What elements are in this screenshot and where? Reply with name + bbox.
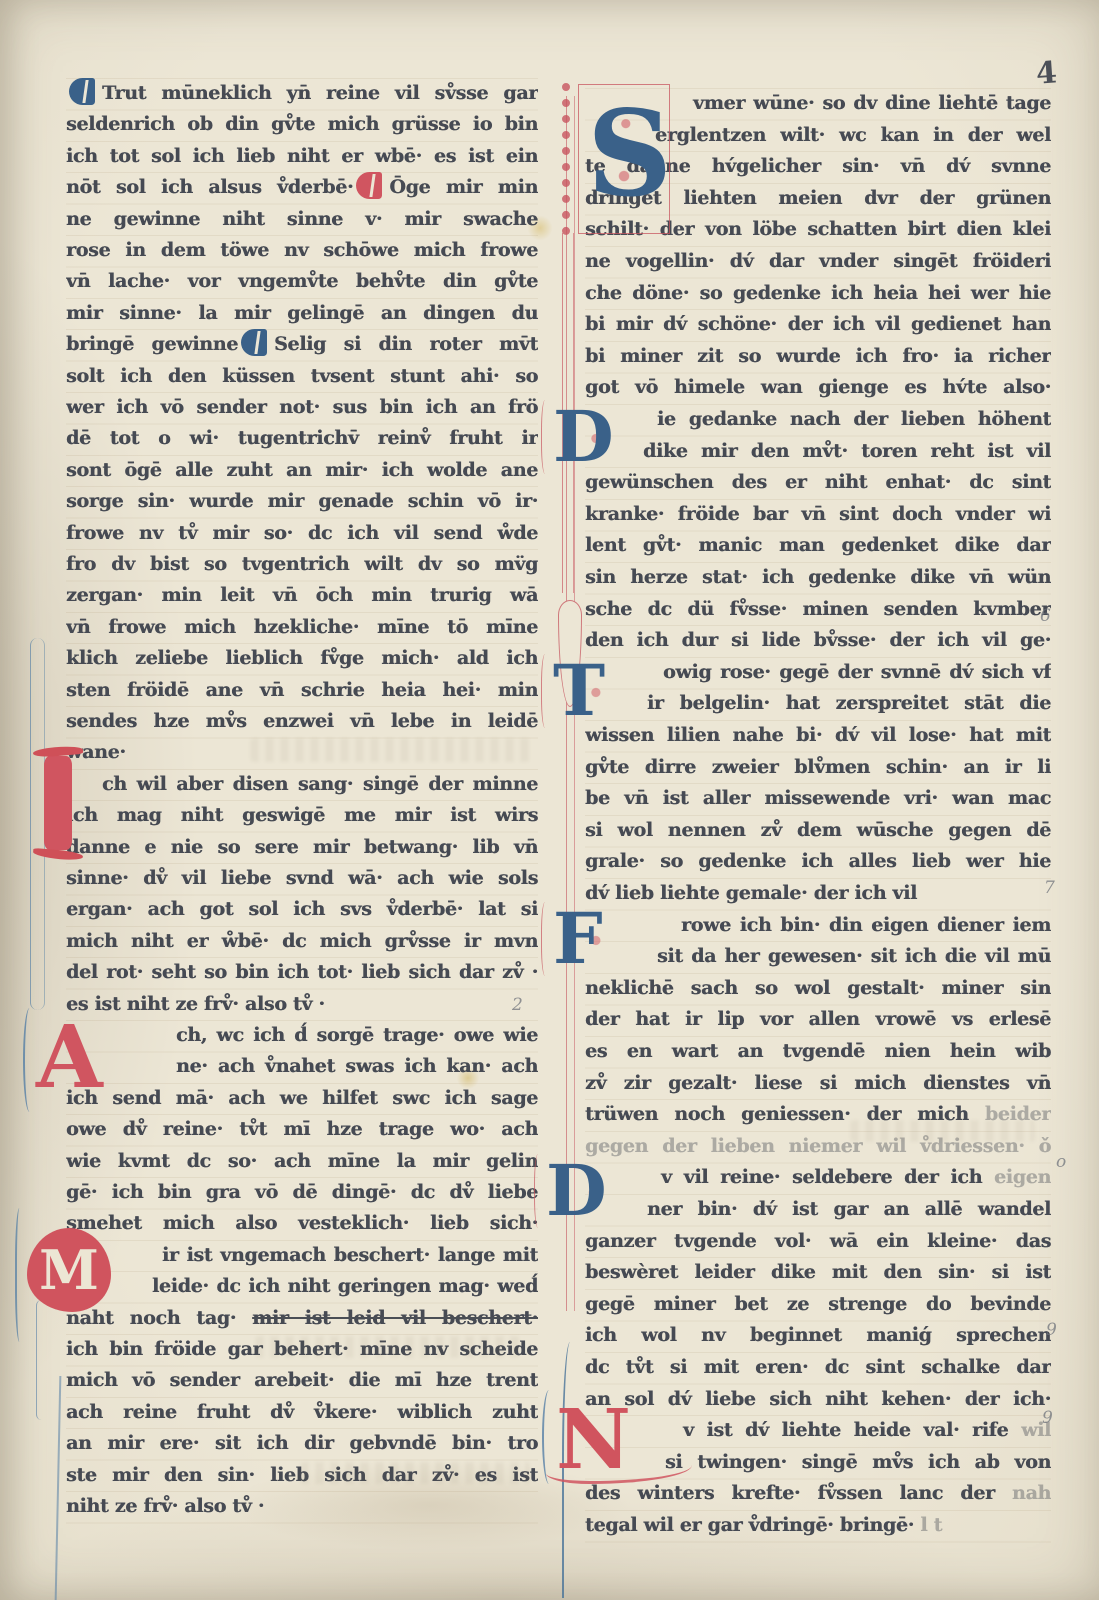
text-segment: sin herze stat· ich gedenke dike vn̄ wün xyxy=(585,566,1051,588)
text-line: rose in dem töwe nv schōwe mich frowe xyxy=(66,235,538,267)
text-segment: es en wart an tvgendē nien hein wib xyxy=(585,1040,1051,1062)
text-line: rowe ich bin· din eigen diener iem xyxy=(585,910,1051,942)
text-segment: sten fröidē ane vn̄ schrie heia hei· min xyxy=(66,679,538,701)
blue-filigree-left-margin xyxy=(30,638,45,1010)
blue-filigree-left-margin-lower xyxy=(36,1300,47,1420)
text-line: gegē miner bet ze strenge do bevinde xyxy=(585,1289,1051,1321)
text-line: frowe nv tv̊ mir so· dc ich vil send ẘde xyxy=(66,518,538,550)
text-segment: nōt sol ich alsus v̊derbē· xyxy=(66,176,353,198)
text-segment: mir sinne· la mir gelingē an dingen du xyxy=(66,302,538,324)
text-segment: seldenrich ob din gv̊te mich grüsse io b… xyxy=(66,113,538,135)
text-segment: lent gv̊t· manic man gedenket dike dar xyxy=(585,534,1051,556)
text-line: v vil reine· seldebere der ich eigen die xyxy=(585,1162,1051,1194)
text-segment: del rot· seht so bin ich tot· lieb sich … xyxy=(66,961,538,983)
text-line: ne gewinne niht sinne v· mir swache xyxy=(66,204,538,236)
text-segment: grale· so gedenke ich alles lieb wer hie xyxy=(585,850,1051,872)
illuminated-initial-s: S xyxy=(578,84,670,234)
text-segment: dē tot o wi· tugentrichv̄ reinv̊ fruht i… xyxy=(66,427,538,449)
paragraph-mark-blue xyxy=(69,78,95,105)
text-line: fro dv bist so tvgentrich wilt dv so mv̈… xyxy=(66,549,538,581)
text-line: gewünschen des er niht enhat· dc sint xyxy=(585,467,1051,499)
text-line: sorge sin· wurde mir genade schin vō ir· xyxy=(66,486,538,518)
text-line: owig rose· gegē der svnnē dv́ sich vf xyxy=(585,657,1051,689)
folio-number: 4 xyxy=(1035,55,1058,91)
text-line: ich bin fröide gar behert· mīne nv schei… xyxy=(66,1334,538,1366)
text-segment: ach reine fruht dv̊ v̊kere· wiblich zuht xyxy=(66,1401,538,1423)
text-segment: ne· ach v̊nahet swas ich kan· ach xyxy=(176,1055,538,1077)
text-segment: ganzer tvgende vol· wā ein kleine· das xyxy=(585,1230,1051,1252)
text-line: Trut mūneklich yn̄ reine vil sv̊sse gar xyxy=(66,78,538,110)
text-line: vn̄ frowe mich hzekliche· mīne tō mīne xyxy=(66,612,538,644)
margin-annotation: 9 xyxy=(1042,1408,1053,1428)
text-line: zergan· min leit vn̄ ōch min trurig wā xyxy=(66,580,538,612)
text-segment: be vn̄ ist aller missewende vri· wan mac xyxy=(585,787,1051,809)
text-line: ganzer tvgende vol· wā ein kleine· das xyxy=(585,1226,1051,1258)
text-segment: des winters krefte· fv̊ssen lanc der xyxy=(585,1482,1012,1504)
text-segment: sche dc dü fv̊sse· minen senden kvmber xyxy=(585,598,1051,620)
text-line: bi miner zit so wurde ich fro· ia richer xyxy=(585,341,1051,373)
text-segment: fro dv bist so tvgentrich wilt dv so mv̈… xyxy=(66,553,538,575)
text-line: der hat ir lip vor allen vrowē vs erlesē xyxy=(585,1004,1051,1036)
text-line: gegen der lieben niemer wil v̊driessen· … xyxy=(585,1131,1051,1163)
text-line: ich wol nv beginnet maniǵ sprechen xyxy=(585,1320,1051,1352)
illuminated-initial-a: A xyxy=(36,1014,106,1104)
text-column-left: Trut mūneklich yn̄ reine vil sv̊sse gars… xyxy=(66,78,538,1526)
text-line: sin herze stat· ich gedenke dike vn̄ wün xyxy=(585,562,1051,594)
text-segment: beider xyxy=(985,1103,1051,1125)
text-line: ch wil aber disen sang· singē der minne xyxy=(66,769,538,801)
text-segment: der hat ir lip vor allen vrowē vs erlesē xyxy=(585,1008,1051,1030)
text-segment: Ōge mir min xyxy=(389,176,538,198)
text-segment: ne vogellin· dv́ dar vnder singēt fröide… xyxy=(585,250,1051,272)
text-line: zv̊ zir gezalt· liese si mich dienstes v… xyxy=(585,1068,1051,1100)
margin-annotation: o xyxy=(1056,1152,1066,1172)
text-segment: an mir ere· sit ich dir gebvndē bin· tro xyxy=(66,1432,538,1454)
text-segment: v ist dv́ liehte heide val· rife xyxy=(683,1419,1021,1441)
text-line: klich zeliebe lieblich fv̊ge mich· ald i… xyxy=(66,643,538,675)
text-line: danne e nie so sere mir betwang· lib vn̄ xyxy=(66,832,538,864)
text-line: ich mag niht geswigē me mir ist wirs xyxy=(66,800,538,832)
text-line: si wol nennen zv̊ dem wūsche gegen dē xyxy=(585,815,1051,847)
text-segment: ir belgelin· hat zerspreitet stāt die xyxy=(647,692,1051,714)
text-line: del rot· seht so bin ich tot· lieb sich … xyxy=(66,957,538,989)
margin-annotation: 6 xyxy=(1040,606,1051,626)
text-line: es en wart an tvgendē nien hein wib xyxy=(585,1036,1051,1068)
text-segment: leide· dc ich niht geringen mag· wed́ xyxy=(152,1275,538,1297)
text-segment: bi miner zit so wurde ich fro· ia richer xyxy=(585,345,1051,367)
text-line: che döne· so gedenke ich heia hei wer hi… xyxy=(585,278,1051,310)
text-segment: ste mir den sin· lieb sich dar zv̊· es i… xyxy=(66,1464,538,1486)
text-segment: an sol dv́ liebe sich niht kehen· der ic… xyxy=(585,1388,1051,1410)
text-segment: gē· ich bin gra vō dē dingē· dc dv̊ lieb… xyxy=(66,1181,538,1203)
text-line: wane· xyxy=(66,737,538,769)
text-line: mir sinne· la mir gelingē an dingen du xyxy=(66,298,538,330)
text-segment: ich mag niht geswigē me mir ist wirs xyxy=(66,804,538,826)
text-segment: rose in dem töwe nv schōwe mich frowe xyxy=(66,239,538,261)
text-line: an mir ere· sit ich dir gebvndē bin· tro xyxy=(66,1428,538,1460)
text-segment: frowe nv tv̊ mir so· dc ich vil send ẘde xyxy=(66,522,538,544)
text-line: niht ze frv̊· also tv̊ · xyxy=(66,1491,538,1523)
text-segment: ir ist vngemach beschert· lange mit xyxy=(162,1244,538,1266)
text-segment: kranke· fröide bar vn̄ sint doch vnder w… xyxy=(585,503,1051,525)
text-line: dc tv̊t si mit eren· dc sint schalke dar xyxy=(585,1352,1051,1384)
text-segment: si wol nennen zv̊ dem wūsche gegen dē xyxy=(585,819,1051,841)
initial-letter: N xyxy=(556,1398,644,1482)
text-segment: wer ich vō sender not· sus bin ich an fr… xyxy=(66,396,538,418)
text-line: trüwen noch geniessen· der mich beider xyxy=(585,1099,1051,1131)
text-segment: rowe ich bin· din eigen diener iem xyxy=(681,914,1051,936)
text-line: sche dc dü fv̊sse· minen senden kvmber xyxy=(585,594,1051,626)
text-column-right: vmer wūne· so dv dine liehtē tageerglent… xyxy=(585,88,1051,1546)
text-segment: gv̊te dirre zweier blv̊men schin· an ir … xyxy=(585,756,1051,778)
text-line: seldenrich ob din gv̊te mich grüsse io b… xyxy=(66,109,538,141)
text-line: bi mir dv́ schöne· der ich vil gedienet … xyxy=(585,309,1051,341)
text-segment: sorge sin· wurde mir genade schin vō ir· xyxy=(66,490,538,512)
text-segment: sit da her gewesen· sit ich die vil mū xyxy=(657,945,1051,967)
text-line: dv́ lieb liehte gemale· der ich vil xyxy=(585,878,1051,910)
text-segment: nah xyxy=(1012,1482,1051,1504)
text-line: ner bin· dv́ ist gar an allē wandel xyxy=(585,1194,1051,1226)
text-segment: vn̄ lache· vor vngemv̊te behv̊te din gv̊… xyxy=(66,270,538,292)
text-line: v ist dv́ liehte heide val· rife wil xyxy=(585,1415,1051,1447)
text-segment: mich vō sender arebeit· die mī hze trent xyxy=(66,1369,538,1391)
text-line: ste mir den sin· lieb sich dar zv̊· es i… xyxy=(66,1460,538,1492)
text-segment: wissen lilien nahe bi· dv́ vil lose· hat… xyxy=(585,724,1051,746)
text-line: sinne· dv̊ vil liebe svnd wā· ach wie so… xyxy=(66,863,538,895)
text-segment: gewünschen des er niht enhat· dc sint xyxy=(585,471,1051,493)
text-line: ne vogellin· dv́ dar vnder singēt fröide… xyxy=(585,246,1051,278)
text-line: sit da her gewesen· sit ich die vil mū xyxy=(585,941,1051,973)
text-segment: bringē gewinne xyxy=(66,333,238,355)
text-segment: sont ōgē alle zuht an mir· ich wolde ane xyxy=(66,459,538,481)
paragraph-mark-red xyxy=(356,172,382,199)
text-line: ich tot sol ich lieb niht er wbē· es ist… xyxy=(66,141,538,173)
text-line: mich vō sender arebeit· die mī hze trent xyxy=(66,1365,538,1397)
text-segment: ich wol nv beginnet maniǵ sprechen xyxy=(585,1324,1051,1346)
text-line: wie kvmt dc so· ach mīne la mir gelin xyxy=(66,1146,538,1178)
text-line: an sol dv́ liebe sich niht kehen· der ic… xyxy=(585,1384,1051,1416)
text-segment: danne e nie so sere mir betwang· lib vn̄ xyxy=(66,836,538,858)
text-line: ne· ach v̊nahet swas ich kan· ach xyxy=(66,1051,538,1083)
text-segment: Trut mūneklich yn̄ reine vil sv̊sse gar xyxy=(102,82,538,104)
initial-letter: S xyxy=(579,85,669,223)
text-segment: tegal wil er gar v̊dringē· bringē· xyxy=(585,1514,920,1536)
text-line: ach reine fruht dv̊ v̊kere· wiblich zuht xyxy=(66,1397,538,1429)
text-line: ich send mā· ach we hilfet swc ich sage xyxy=(66,1083,538,1115)
text-segment: klich zeliebe lieblich fv̊ge mich· ald i… xyxy=(66,647,538,669)
text-line: solt ich den küssen tvsent stunt ahi· so xyxy=(66,361,538,393)
text-line: sten fröidē ane vn̄ schrie heia hei· min xyxy=(66,675,538,707)
illuminated-initial-n: N xyxy=(556,1398,644,1482)
text-line: ir ist vngemach beschert· lange mit xyxy=(66,1240,538,1272)
text-line: des winters krefte· fv̊ssen lanc der nah xyxy=(585,1478,1051,1510)
text-line: dē tot o wi· tugentrichv̄ reinv̊ fruht i… xyxy=(66,423,538,455)
text-line: wer ich vō sender not· sus bin ich an fr… xyxy=(66,392,538,424)
text-segment: got vō himele wan gienge es hv́te also· xyxy=(585,376,1051,398)
paragraph-mark-blue xyxy=(241,329,267,356)
text-line: naht noch tag· mir ist leid vil beschert… xyxy=(66,1303,538,1335)
text-segment: erglentzen wilt· wc kan in der wel xyxy=(655,124,1051,146)
text-segment: mich niht er ẘbē· dc mich grv̊sse ir mvn xyxy=(66,930,538,952)
text-segment: ergan· ach got sol ich svs v̊derbē· lat … xyxy=(66,898,538,920)
text-segment: zergan· min leit vn̄ ōch min trurig wā xyxy=(66,584,538,606)
illuminated-initial-d1: D xyxy=(553,400,631,474)
text-line: gv̊te dirre zweier blv̊men schin· an ir … xyxy=(585,752,1051,784)
initial-letter: D xyxy=(546,1154,632,1228)
manuscript-page: 4 Trut mūneklich yn̄ reine vil sv̊sse ga… xyxy=(0,0,1099,1600)
text-segment: beswèret leider dike mit den sin· si ist xyxy=(585,1261,1051,1283)
text-segment: ne gewinne niht sinne v· mir swache xyxy=(66,208,538,230)
text-line: wissen lilien nahe bi· dv́ vil lose· hat… xyxy=(585,720,1051,752)
initial-letter: T xyxy=(553,654,631,728)
text-segment: neklichē sach so wol gestalt· miner sin xyxy=(585,977,1051,999)
text-line: smehet mich also vesteklich· lieb sich· xyxy=(66,1208,538,1240)
illuminated-initial-i: I xyxy=(44,756,72,850)
illuminated-initial-f: F xyxy=(553,902,631,976)
text-line: got vō himele wan gienge es hv́te also· xyxy=(585,372,1051,404)
text-segment: vn̄ frowe mich hzekliche· mīne tō mīne xyxy=(66,616,538,638)
text-line: sendes hze mv̊s enzwei vn̄ lebe in leidē xyxy=(66,706,538,738)
text-segment: ner bin· dv́ ist gar an allē wandel xyxy=(647,1198,1051,1220)
illuminated-initial-d2: D xyxy=(546,1154,632,1228)
text-line: dike mir den mv̊t· toren reht ist vil xyxy=(585,436,1051,468)
text-segment: es ist niht ze frv̊· also tv̊ · xyxy=(66,993,325,1015)
illuminated-initial-m: M xyxy=(27,1228,111,1312)
text-segment: trüwen noch geniessen· der mich xyxy=(585,1103,985,1125)
text-line: mich niht er ẘbē· dc mich grv̊sse ir mvn xyxy=(66,926,538,958)
text-segment: gegē miner bet ze strenge do bevinde xyxy=(585,1293,1051,1315)
text-line: sont ōgē alle zuht an mir· ich wolde ane xyxy=(66,455,538,487)
text-line: den ich dur si lide bv̊sse· der ich vil … xyxy=(585,625,1051,657)
text-line: ie gedanke nach der lieben höhent xyxy=(585,404,1051,436)
text-line: owe dv̊ reine· tv̊t mī hze trage wo· ach xyxy=(66,1114,538,1146)
text-segment: vmer wūne· so dv dine liehtē tage xyxy=(693,92,1051,114)
text-line: leide· dc ich niht geringen mag· wed́ xyxy=(66,1271,538,1303)
initial-letter: M xyxy=(27,1228,111,1312)
text-segment: ch, wc ich d́ sorgē trage· owe wie dei xyxy=(176,1024,538,1052)
initial-letter: A xyxy=(36,1014,106,1102)
text-segment: owe dv̊ reine· tv̊t mī hze trage wo· ach xyxy=(66,1118,538,1140)
blue-flourish-bottom-left-margin xyxy=(55,1376,62,1600)
text-segment: sinne· dv̊ vil liebe svnd wā· ach wie so… xyxy=(66,867,538,889)
illuminated-initial-t: T xyxy=(553,654,631,728)
text-segment: ich send mā· ach we hilfet swc ich sage xyxy=(66,1087,538,1109)
margin-annotation: 7 xyxy=(1044,878,1055,898)
text-segment: si twingen· singē mv̊s ich ab von xyxy=(665,1451,1051,1473)
initial-letter: D xyxy=(553,400,631,474)
text-line: nōt sol ich alsus v̊derbē·Ōge mir min xyxy=(66,172,538,204)
text-segment: den ich dur si lide bv̊sse· der ich vil … xyxy=(585,629,1051,651)
margin-annotation: 2 xyxy=(512,995,523,1015)
text-segment: sendes hze mv̊s enzwei vn̄ lebe in leidē xyxy=(66,710,538,732)
text-segment: smehet mich also vesteklich· lieb sich· xyxy=(66,1212,538,1234)
text-segment: v vil reine· seldebere der ich xyxy=(661,1166,994,1188)
text-segment: che döne· so gedenke ich heia hei wer hi… xyxy=(585,282,1051,304)
text-line: ir belgelin· hat zerspreitet stāt die xyxy=(585,688,1051,720)
text-segment: wie kvmt dc so· ach mīne la mir gelin xyxy=(66,1150,538,1172)
text-segment: ich bin fröide gar behert· mīne nv schei… xyxy=(66,1338,538,1360)
text-segment: l t xyxy=(920,1514,942,1536)
initial-letter: F xyxy=(553,902,631,976)
text-segment: ie gedanke nach der lieben höhent xyxy=(657,408,1051,430)
text-segment: solt ich den küssen tvsent stunt ahi· so xyxy=(66,365,538,387)
text-line: ch, wc ich d́ sorgē trage· owe wie dei xyxy=(66,1020,538,1052)
text-segment: owig rose· gegē der svnnē dv́ sich vf xyxy=(663,661,1051,683)
text-line: grale· so gedenke ich alles lieb wer hie xyxy=(585,846,1051,878)
text-line: lent gv̊t· manic man gedenket dike dar xyxy=(585,530,1051,562)
text-segment: Selig si din roter mv̄t xyxy=(274,333,538,355)
text-segment: bi mir dv́ schöne· der ich vil gedienet … xyxy=(585,313,1051,335)
text-segment: niht ze frv̊· also tv̊ · xyxy=(66,1495,264,1517)
text-segment: mir ist leid vil beschert· xyxy=(252,1307,538,1329)
text-line: vn̄ lache· vor vngemv̊te behv̊te din gv̊… xyxy=(66,266,538,298)
text-line: be vn̄ ist aller missewende vri· wan mac xyxy=(585,783,1051,815)
text-segment: ich tot sol ich lieb niht er wbē· es ist… xyxy=(66,145,538,167)
text-segment: dike mir den mv̊t· toren reht ist vil xyxy=(643,440,1051,462)
text-segment: zv̊ zir gezalt· liese si mich dienstes v… xyxy=(585,1072,1051,1094)
text-line: es ist niht ze frv̊· also tv̊ · xyxy=(66,989,538,1021)
text-line: gē· ich bin gra vō dē dingē· dc dv̊ lieb… xyxy=(66,1177,538,1209)
text-segment: dv́ lieb liehte gemale· der ich vil xyxy=(585,882,917,904)
text-line: bringē gewinneSelig si din roter mv̄t xyxy=(66,329,538,361)
text-line: tegal wil er gar v̊dringē· bringē· l t xyxy=(585,1510,1051,1542)
text-line: neklichē sach so wol gestalt· miner sin xyxy=(585,973,1051,1005)
margin-annotation: 9 xyxy=(1046,1320,1057,1340)
text-segment: ch wil aber disen sang· singē der minne xyxy=(102,773,538,795)
text-line: beswèret leider dike mit den sin· si ist xyxy=(585,1257,1051,1289)
text-segment: dc tv̊t si mit eren· dc sint schalke dar xyxy=(585,1356,1051,1378)
text-line: ergan· ach got sol ich svs v̊derbē· lat … xyxy=(66,894,538,926)
text-line: kranke· fröide bar vn̄ sint doch vnder w… xyxy=(585,499,1051,531)
text-segment: gegen der lieben niemer wil v̊driessen· … xyxy=(585,1135,1051,1157)
